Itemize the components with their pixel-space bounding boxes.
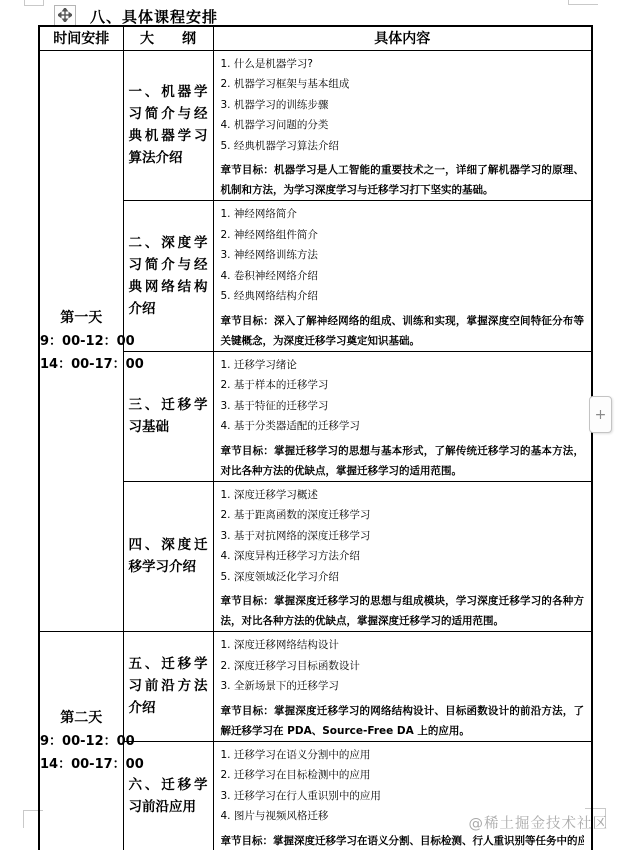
content-item: 1. 神经网络简介 (221, 208, 585, 221)
content-item: 2. 深度迁移学习目标函数设计 (221, 660, 585, 673)
document-page: 八、具体课程安排 时间安排 大 纲 具体内容 第一天 9：00-12：00 14… (0, 0, 623, 850)
content-item: 5. 经典网络结构介绍 (221, 290, 585, 303)
move-arrows-icon (58, 7, 72, 26)
course-schedule-table: 时间安排 大 纲 具体内容 第一天 9：00-12：00 14：00-17：00… (38, 25, 593, 850)
content-item: 3. 神经网络训练方法 (221, 249, 585, 262)
day-time-afternoon: 14：00-17：00 (40, 353, 123, 376)
chapter-goal-truncated: 章节目标：掌握深度迁移学习在语义分割、目标检测、行人重识别等任务中的应用，学 (221, 831, 585, 850)
content-cell-3: 1. 迁移学习绪论 2. 基于样本的迁移学习 3. 基于特征的迁移学习 4. 基… (213, 351, 592, 481)
content-item: 4. 深度异构迁移学习方法介绍 (221, 550, 585, 563)
content-item: 2. 基于样本的迁移学习 (221, 379, 585, 392)
content-item: 1. 迁移学习绪论 (221, 359, 585, 372)
plus-button[interactable]: + (589, 396, 612, 433)
chapter-goal: 章节目标：深入了解神经网络的组成、训练和实现，掌握深度空间特征分布等关键概念，为… (221, 311, 585, 351)
content-item: 5. 深度领域泛化学习介绍 (221, 571, 585, 584)
watermark: @稀土掘金技术社区 (469, 812, 609, 833)
content-item: 3. 全新场景下的迁移学习 (221, 680, 585, 693)
chapter-goal: 章节目标：掌握迁移学习的思想与基本形式，了解传统迁移学习的基本方法，对比各种方法… (221, 441, 585, 481)
content-item: 4. 机器学习问题的分类 (221, 119, 585, 132)
content-item: 3. 基于特征的迁移学习 (221, 400, 585, 413)
content-item: 1. 深度迁移网络结构设计 (221, 639, 585, 652)
content-item: 4. 卷积神经网络介绍 (221, 270, 585, 283)
outline-cell-1: 一、机器学习简介与经典机器学习算法介绍 (123, 50, 213, 201)
table-row: 第二天 9：00-12：00 14：00-17：00 五、迁移学习前沿方法介绍 … (39, 632, 592, 742)
outline-cell-2: 二、深度学习简介与经典网络结构介绍 (123, 201, 213, 352)
day-2-cell: 第二天 9：00-12：00 14：00-17：00 (39, 632, 123, 850)
day-1-cell: 第一天 9：00-12：00 14：00-17：00 (39, 50, 123, 632)
content-item: 5. 经典机器学习算法介绍 (221, 140, 585, 153)
header-cell-time: 时间安排 (39, 26, 123, 50)
content-item: 1. 迁移学习在语义分割中的应用 (221, 749, 585, 762)
content-item: 3. 基于对抗网络的深度迁移学习 (221, 530, 585, 543)
content-item: 1. 深度迁移学习概述 (221, 489, 585, 502)
day-label: 第一天 (40, 306, 123, 330)
content-item: 3. 迁移学习在行人重识别中的应用 (221, 790, 585, 803)
content-item: 2. 机器学习框架与基本组成 (221, 78, 585, 91)
section-heading: 八、具体课程安排 (90, 6, 218, 27)
day-time-afternoon: 14：00-17：00 (40, 753, 123, 776)
page-corner-mark-top-right (568, 0, 598, 5)
content-item: 2. 迁移学习在目标检测中的应用 (221, 769, 585, 782)
chapter-goal: 章节目标：掌握深度迁移学习的网络结构设计、目标函数设计的前沿方法，了解迁移学习在… (221, 701, 585, 741)
header-row: 时间安排 大 纲 具体内容 (39, 26, 592, 50)
content-cell-6: 1. 迁移学习在语义分割中的应用 2. 迁移学习在目标检测中的应用 3. 迁移学… (213, 741, 592, 850)
day-time-morning: 9：00-12：00 (40, 330, 123, 353)
page-corner-mark-top-left (24, 0, 44, 6)
content-item: 2. 神经网络组件简介 (221, 229, 585, 242)
table-row: 第一天 9：00-12：00 14：00-17：00 一、机器学习简介与经典机器… (39, 50, 592, 201)
day-label: 第二天 (40, 706, 123, 730)
content-cell-1: 1. 什么是机器学习? 2. 机器学习框架与基本组成 3. 机器学习的训练步骤 … (213, 50, 592, 201)
content-cell-2: 1. 神经网络简介 2. 神经网络组件简介 3. 神经网络训练方法 4. 卷积神… (213, 201, 592, 352)
content-cell-5: 1. 深度迁移网络结构设计 2. 深度迁移学习目标函数设计 3. 全新场景下的迁… (213, 632, 592, 742)
content-item: 2. 基于距离函数的深度迁移学习 (221, 509, 585, 522)
content-cell-4: 1. 深度迁移学习概述 2. 基于距离函数的深度迁移学习 3. 基于对抗网络的深… (213, 481, 592, 632)
content-item: 4. 基于分类器适配的迁移学习 (221, 420, 585, 433)
chapter-goal: 章节目标：掌握深度迁移学习的思想与组成模块，学习深度迁移学习的各种方法，对比各种… (221, 591, 585, 631)
chapter-goal: 章节目标：机器学习是人工智能的重要技术之一，详细了解机器学习的原理、机制和方法，… (221, 160, 585, 200)
outline-cell-5: 五、迁移学习前沿方法介绍 (123, 632, 213, 742)
header-cell-content: 具体内容 (213, 26, 592, 50)
header-cell-outline: 大 纲 (123, 26, 213, 50)
table-move-handle[interactable] (54, 5, 76, 27)
content-item: 3. 机器学习的训练步骤 (221, 99, 585, 112)
day-time-morning: 9：00-12：00 (40, 730, 123, 753)
content-item: 1. 什么是机器学习? (221, 58, 585, 71)
outline-cell-4: 四、深度迁移学习介绍 (123, 481, 213, 632)
